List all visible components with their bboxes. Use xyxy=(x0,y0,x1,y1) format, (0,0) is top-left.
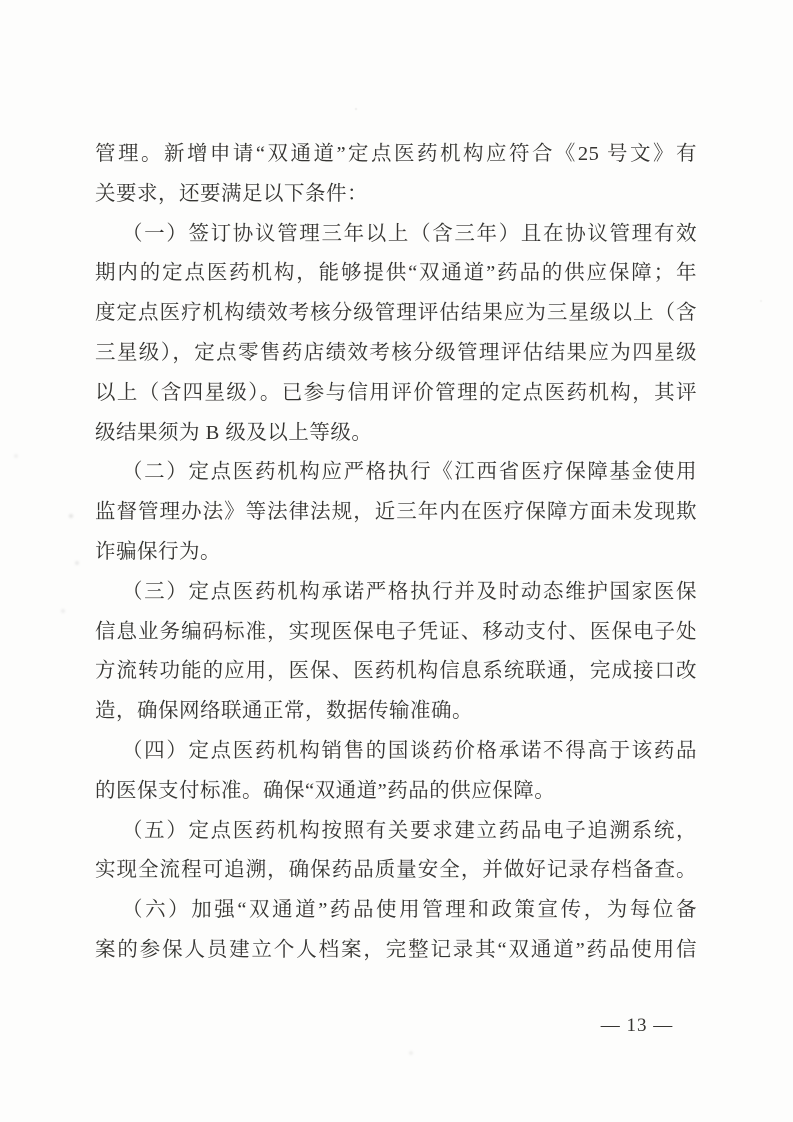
text-line: （一）签订协议管理三年以上（含三年）且在协议管理有效 xyxy=(95,215,697,255)
text-line: 实现全流程可追溯，确保药品质量安全，并做好记录存档备查。 xyxy=(95,851,697,891)
text-line: （六）加强“双通道”药品使用管理和政策宣传，为每位备 xyxy=(95,891,697,931)
text-line: 度定点医疗机构绩效考核分级管理评估结果应为三星级以上（含 xyxy=(95,294,697,334)
body-text: 管理。新增申请“双通道”定点医药机构应符合《25 号文》有关要求，还要满足以下条… xyxy=(95,135,697,971)
scan-noise-speckles xyxy=(0,0,2,2)
text-line: 方流转功能的应用，医保、医药机构信息系统联通，完成接口改 xyxy=(95,652,697,692)
text-line: （二）定点医药机构应严格执行《江西省医疗保障基金使用 xyxy=(95,453,697,493)
text-line: 级结果须为 B 级及以上等级。 xyxy=(95,414,697,454)
text-line: 信息业务编码标准，实现医保电子凭证、移动支付、医保电子处 xyxy=(95,613,697,653)
text-line: 造，确保网络联通正常，数据传输准确。 xyxy=(95,692,697,732)
text-line: 以上（含四星级）。已参与信用评价管理的定点医药机构，其评 xyxy=(95,374,697,414)
text-line: 期内的定点医药机构，能够提供“双通道”药品的供应保障；年 xyxy=(95,254,697,294)
text-line: 三星级），定点零售药店绩效考核分级管理评估结果应为四星级 xyxy=(95,334,697,374)
page-number: — 13 — xyxy=(598,1012,676,1040)
text-line: 诈骗保行为。 xyxy=(95,533,697,573)
text-line: 案的参保人员建立个人档案，完整记录其“双通道”药品使用信 xyxy=(95,931,697,971)
text-line: 管理。新增申请“双通道”定点医药机构应符合《25 号文》有 xyxy=(95,135,697,175)
text-line: 关要求，还要满足以下条件： xyxy=(95,175,697,215)
text-line: （四）定点医药机构销售的国谈药价格承诺不得高于该药品 xyxy=(95,732,697,772)
text-line: 监督管理办法》等法律法规，近三年内在医疗保障方面未发现欺 xyxy=(95,493,697,533)
text-line: （三）定点医药机构承诺严格执行并及时动态维护国家医保 xyxy=(95,573,697,613)
text-line: （五）定点医药机构按照有关要求建立药品电子追溯系统， xyxy=(95,812,697,852)
text-line: 的医保支付标准。确保“双通道”药品的供应保障。 xyxy=(95,772,697,812)
document-page: 管理。新增申请“双通道”定点医药机构应符合《25 号文》有关要求，还要满足以下条… xyxy=(0,0,793,1122)
